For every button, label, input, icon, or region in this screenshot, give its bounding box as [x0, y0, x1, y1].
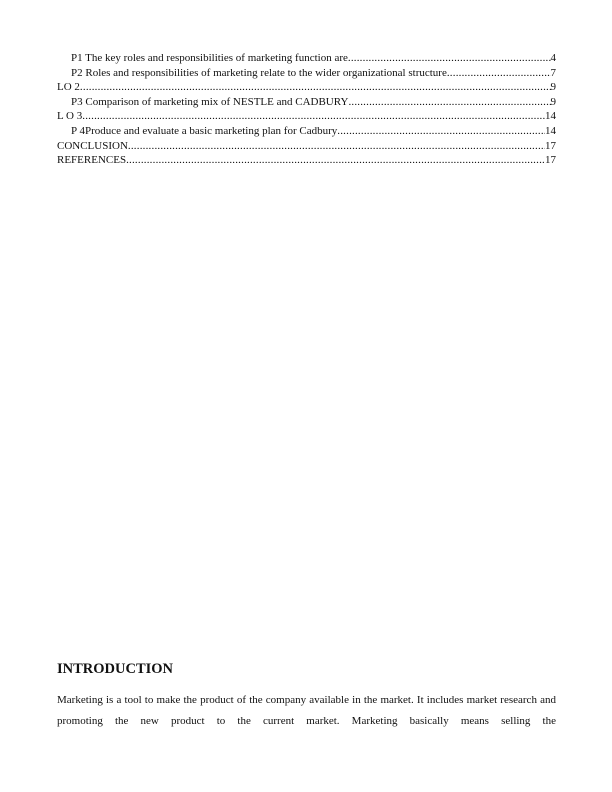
toc-entry-title: P2 Roles and responsibilities of marketi…: [71, 66, 447, 81]
toc-entry-title: P1 The key roles and responsibilities of…: [71, 51, 348, 66]
toc-entry-p1[interactable]: P1 The key roles and responsibilities of…: [57, 51, 556, 66]
toc-entry-page: 14: [545, 124, 556, 139]
toc-entry-lo2[interactable]: LO 2 9: [57, 80, 556, 95]
toc-entry-p3[interactable]: P3 Comparison of marketing mix of NESTLE…: [57, 95, 556, 110]
toc-leader-dots: [447, 66, 551, 81]
toc-entry-conclusion[interactable]: CONCLUSION 17: [57, 139, 556, 154]
toc-entry-title: L O 3: [57, 109, 82, 124]
toc-entry-references[interactable]: REFERENCES 17: [57, 153, 556, 168]
toc-leader-dots: [128, 139, 545, 154]
table-of-contents: P1 The key roles and responsibilities of…: [57, 51, 556, 168]
toc-entry-page: 4: [551, 51, 557, 66]
toc-leader-dots: [80, 80, 551, 95]
toc-entry-title: REFERENCES: [57, 153, 126, 168]
toc-leader-dots: [348, 51, 551, 66]
toc-leader-dots: [82, 109, 545, 124]
toc-leader-dots: [337, 124, 545, 139]
introduction-heading: INTRODUCTION: [57, 661, 173, 678]
toc-entry-page: 17: [545, 153, 556, 168]
toc-leader-dots: [126, 153, 545, 168]
toc-entry-p4[interactable]: P 4Produce and evaluate a basic marketin…: [57, 124, 556, 139]
toc-entry-page: 17: [545, 139, 556, 154]
introduction-paragraph: Marketing is a tool to make the product …: [57, 690, 556, 732]
toc-entry-page: 9: [551, 80, 557, 95]
toc-entry-lo3[interactable]: L O 3 14: [57, 109, 556, 124]
toc-leader-dots: [348, 95, 550, 110]
toc-entry-page: 9: [551, 95, 557, 110]
toc-entry-title: P3 Comparison of marketing mix of NESTLE…: [71, 95, 348, 110]
toc-entry-title: P 4Produce and evaluate a basic marketin…: [71, 124, 337, 139]
toc-entry-title: LO 2: [57, 80, 80, 95]
toc-entry-title: CONCLUSION: [57, 139, 128, 154]
toc-entry-p2[interactable]: P2 Roles and responsibilities of marketi…: [57, 66, 556, 81]
toc-entry-page: 14: [545, 109, 556, 124]
toc-entry-page: 7: [551, 66, 557, 81]
